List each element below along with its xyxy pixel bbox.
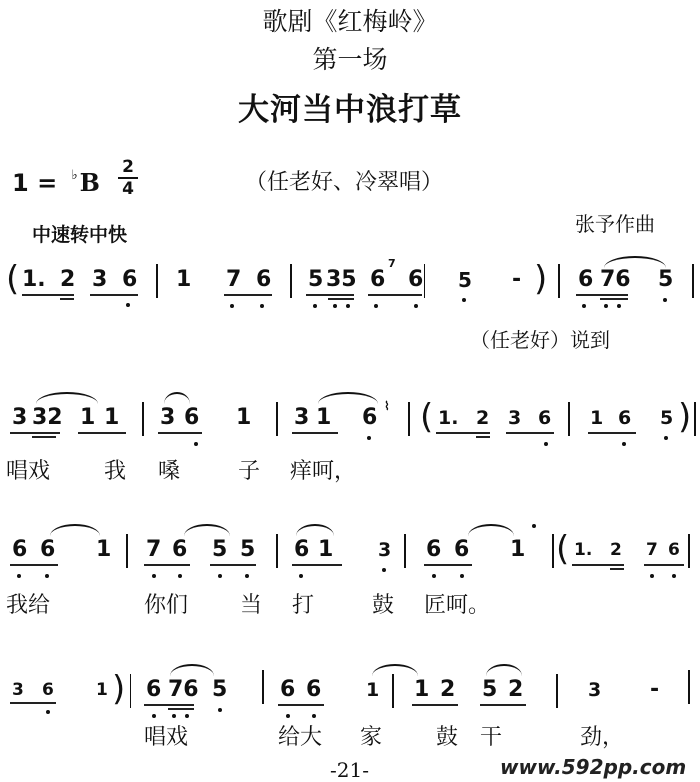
barline	[262, 670, 264, 704]
note: 3	[378, 538, 391, 562]
low-octave-dot	[432, 574, 436, 578]
lyric: 唱戏	[144, 720, 188, 751]
beam	[328, 298, 354, 300]
note: 1.	[22, 268, 46, 292]
low-octave-dot	[374, 304, 378, 308]
barline	[392, 674, 394, 708]
note: 2	[60, 268, 75, 292]
note: 6	[306, 678, 321, 702]
low-octave-dot	[664, 436, 668, 440]
low-octave-dot	[313, 304, 317, 308]
slur	[50, 524, 100, 536]
lyric: 给大	[278, 720, 322, 751]
beam	[158, 432, 202, 434]
lyric: 当	[240, 588, 262, 619]
slur	[164, 392, 190, 404]
barline	[688, 534, 690, 568]
dash: -	[650, 678, 659, 702]
opera-title: 歌剧《红梅岭》	[0, 2, 700, 38]
beam	[22, 294, 74, 296]
note: 3	[508, 406, 521, 430]
key-tonic: 1	[12, 169, 29, 197]
lyric: 劲，	[580, 720, 624, 751]
note: 6	[578, 268, 593, 292]
note: 5	[660, 406, 673, 430]
lyric: 痒呵，	[290, 454, 356, 485]
beam	[144, 564, 190, 566]
close-paren: )	[112, 672, 125, 706]
note: 3	[92, 268, 107, 292]
low-octave-dot	[299, 574, 303, 578]
close-paren: )	[534, 262, 547, 296]
slur	[296, 524, 334, 536]
low-octave-dot	[194, 442, 198, 446]
lyric: 子	[238, 454, 260, 485]
time-signature: 2 4	[118, 158, 138, 198]
staff-row-2: 3 32 1 1 3 6 1 3 1 6 ⌇ ( 1. 2 3 6 1 6 5 …	[0, 406, 700, 466]
low-octave-dot	[218, 708, 222, 712]
beam	[476, 436, 490, 438]
note: 6	[668, 538, 680, 562]
low-octave-dot	[382, 568, 386, 572]
grace-note: 7	[388, 252, 396, 276]
barline	[404, 534, 406, 568]
low-octave-dot	[46, 710, 50, 714]
note: 32	[32, 406, 63, 430]
beam	[10, 702, 56, 704]
note: 5	[240, 538, 255, 562]
slur	[36, 392, 98, 404]
barline	[290, 264, 292, 298]
open-paren: (	[6, 262, 19, 296]
low-octave-dot	[178, 574, 182, 578]
note: 5	[658, 268, 673, 292]
note: 6	[280, 678, 295, 702]
note: 1	[316, 406, 331, 430]
low-octave-dot	[672, 574, 676, 578]
beam	[168, 708, 194, 710]
beam	[292, 432, 338, 434]
low-octave-dot	[333, 304, 337, 308]
barline	[556, 674, 558, 708]
note: 6	[362, 406, 377, 430]
close-paren: )	[678, 400, 691, 434]
beam	[292, 564, 342, 566]
beam	[610, 568, 624, 570]
lyric: 打	[292, 588, 314, 619]
note: 6	[146, 678, 161, 702]
beam	[506, 432, 554, 434]
low-octave-dot	[346, 304, 350, 308]
note: 7	[226, 268, 241, 292]
beam	[424, 564, 472, 566]
lyric: 鼓	[436, 720, 458, 751]
note: 6	[40, 538, 55, 562]
note: 6	[184, 406, 199, 430]
note: 5	[212, 678, 227, 702]
tempo-marking: 中速转中快	[32, 220, 127, 247]
note: 1	[104, 406, 119, 430]
note: 1	[96, 538, 111, 562]
low-octave-dot	[650, 574, 654, 578]
open-paren: (	[556, 532, 569, 566]
beam	[588, 432, 636, 434]
lyric: （任老好）说到	[470, 324, 610, 353]
low-octave-dot	[230, 304, 234, 308]
barline	[568, 402, 570, 436]
note: 76	[168, 678, 199, 702]
note: 1	[366, 678, 379, 702]
slur	[184, 524, 230, 536]
note: 3	[160, 406, 175, 430]
note: 1	[318, 538, 333, 562]
barline	[552, 534, 554, 568]
barline	[276, 534, 278, 568]
low-octave-dot	[152, 574, 156, 578]
note: 2	[476, 406, 489, 430]
note: 1.	[574, 538, 592, 562]
slur	[372, 664, 418, 676]
note: 2	[508, 678, 523, 702]
low-octave-dot	[462, 298, 466, 302]
barline	[126, 534, 128, 568]
low-octave-dot	[185, 714, 189, 718]
beam	[576, 294, 628, 296]
note: 2	[440, 678, 455, 702]
composer-credit: 张予作曲	[575, 208, 655, 237]
low-octave-dot	[622, 442, 626, 446]
beam	[572, 564, 624, 566]
barline	[130, 674, 131, 708]
barline	[692, 264, 694, 298]
staff-row-1: ( 1. 2 3 6 1 7 6 5 35 6 7 6 5 - ) 6 76 5…	[0, 268, 700, 328]
lyric: 鼓	[372, 588, 394, 619]
slur	[170, 664, 214, 676]
low-octave-dot	[218, 574, 222, 578]
note: 1	[414, 678, 429, 702]
key-equals: =	[37, 169, 57, 197]
barline	[142, 402, 144, 436]
note: 6	[538, 406, 551, 430]
note: 2	[610, 538, 622, 562]
note: 1.	[438, 406, 458, 430]
barline	[688, 670, 690, 704]
key-note: B	[80, 168, 100, 197]
note: 3	[12, 406, 27, 430]
note: 1	[510, 538, 525, 562]
lyric: 唱戏	[6, 454, 50, 485]
low-octave-dot	[126, 303, 130, 307]
lyric: 干	[480, 720, 502, 751]
time-numerator: 2	[118, 158, 138, 176]
note: 1	[80, 406, 95, 430]
staff-row-3: 6 6 1 7 6 5 5 6 1 3 6 6 1 ( 1. 2 7 6 我给 …	[0, 538, 700, 598]
note: 6	[256, 268, 271, 292]
lyric: 匠呵。	[424, 588, 490, 619]
note: 5	[212, 538, 227, 562]
beam	[436, 432, 490, 434]
beam	[90, 294, 138, 296]
lyric: 我给	[6, 588, 50, 619]
beam	[224, 294, 272, 296]
barline	[156, 264, 158, 298]
low-octave-dot	[617, 304, 621, 308]
note: 7	[646, 538, 658, 562]
note: 5	[482, 678, 497, 702]
beam	[600, 298, 628, 300]
low-octave-dot	[172, 714, 176, 718]
note: 6	[426, 538, 441, 562]
low-octave-dot	[312, 714, 316, 718]
lyric: 我	[104, 454, 126, 485]
slur	[468, 524, 514, 536]
lyric: 家	[360, 720, 382, 751]
low-octave-dot	[152, 714, 156, 718]
slur	[318, 392, 378, 404]
barline	[276, 402, 278, 436]
lyric: 嗓	[158, 454, 180, 485]
beam	[278, 704, 324, 706]
low-octave-dot	[367, 436, 371, 440]
beam	[144, 704, 194, 706]
lyric: 你们	[144, 588, 188, 619]
flat-icon: ♭	[72, 168, 78, 183]
beam	[60, 298, 74, 300]
note: 7	[146, 538, 161, 562]
note: 3	[588, 678, 601, 702]
note: 1	[176, 268, 191, 292]
scene-title: 第一场	[0, 40, 700, 76]
note: 6	[42, 678, 54, 702]
note: 6	[370, 268, 385, 292]
time-denominator: 4	[118, 180, 138, 198]
low-octave-dot	[45, 574, 49, 578]
barline	[694, 402, 696, 436]
barline	[408, 402, 410, 436]
open-paren: (	[420, 400, 433, 434]
note: 6	[122, 268, 137, 292]
note: 1	[96, 678, 108, 702]
note: 6	[172, 538, 187, 562]
high-octave-dot	[532, 524, 536, 528]
low-octave-dot	[663, 298, 667, 302]
song-title: 大河当中浪打草	[0, 84, 700, 129]
low-octave-dot	[414, 304, 418, 308]
note: 1	[236, 406, 251, 430]
beam	[78, 432, 126, 434]
slur	[486, 664, 522, 676]
note: 5	[458, 268, 472, 292]
low-octave-dot	[544, 442, 548, 446]
note: 35	[326, 268, 357, 292]
low-octave-dot	[582, 304, 586, 308]
dash: -	[512, 268, 521, 292]
barline	[558, 264, 560, 298]
note: 5	[308, 268, 323, 292]
note: 3	[12, 678, 24, 702]
low-octave-dot	[286, 714, 290, 718]
beam	[10, 432, 60, 434]
glissando-icon: ⌇	[384, 394, 390, 418]
beam	[306, 294, 354, 296]
note: 6	[408, 268, 423, 292]
note: 6	[454, 538, 469, 562]
low-octave-dot	[460, 574, 464, 578]
beam	[412, 704, 458, 706]
note: 3	[294, 406, 309, 430]
beam	[368, 294, 422, 296]
key-signature: 1 = ♭B	[12, 168, 100, 197]
beam	[210, 564, 256, 566]
page-number: -21-	[330, 758, 369, 782]
barline	[424, 264, 425, 298]
beam	[10, 564, 58, 566]
low-octave-dot	[604, 304, 608, 308]
watermark: www.592pp.com	[500, 755, 686, 779]
note: 6	[12, 538, 27, 562]
note: 6	[294, 538, 309, 562]
note: 1	[590, 406, 603, 430]
beam	[32, 436, 56, 438]
staff-row-4: 3 6 1 ) 6 76 5 6 6 1 1 2 5 2 3 - 唱戏 给大 家…	[0, 678, 700, 738]
low-octave-dot	[17, 574, 21, 578]
note: 6	[618, 406, 631, 430]
low-octave-dot	[245, 574, 249, 578]
beam	[480, 704, 526, 706]
beam	[644, 564, 684, 566]
note: 76	[600, 268, 631, 292]
singers-label: （任老好、冷翠唱）	[245, 165, 443, 196]
low-octave-dot	[260, 304, 264, 308]
